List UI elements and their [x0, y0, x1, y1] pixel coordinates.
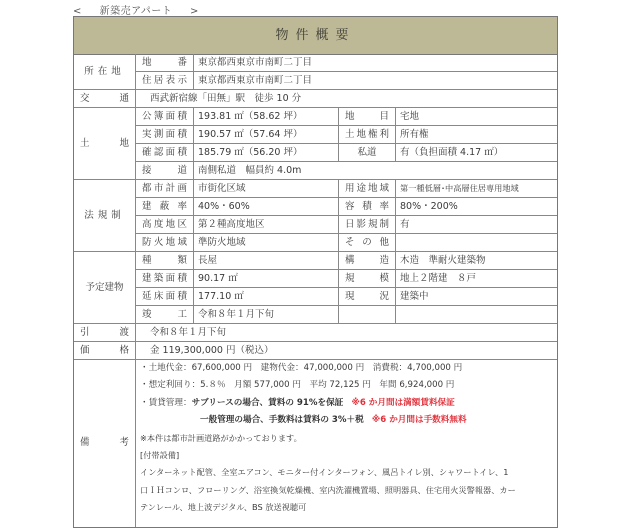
building-type-label: 種類 — [136, 252, 194, 270]
location-lot-label: 地番 — [136, 54, 194, 72]
scale-value: 地上２階建 ８戸 — [396, 270, 557, 288]
private-road-label: 私道 — [339, 144, 396, 162]
building-area-label: 建築面積 — [136, 270, 194, 288]
total-floor-area-value: 177.10 ㎡ — [194, 288, 339, 306]
completion-value: 令和８年１月下旬 — [194, 306, 339, 324]
remarks-management-general: 一般管理の場合、手数料は賃料の 3%＋税 ※6 か月間は手数料無料 — [140, 412, 560, 429]
empty-label-cell — [339, 306, 396, 324]
completion-label: 竣工 — [136, 306, 194, 324]
building-type-value: 長屋 — [194, 252, 339, 270]
scale-label: 規模 — [339, 270, 396, 288]
remarks-management-sublease: ・賃貸管理：サブリースの場合、賃料の 91%を保証 ※6 か月間は満額賃料保証 — [140, 395, 560, 412]
floor-area-ratio-label: 容積率 — [339, 198, 396, 216]
shadow-regulation-value: 有 — [396, 216, 557, 234]
regulations-label: 法規制 — [74, 180, 136, 252]
remarks-content: ・土地代金：67,600,000 円 建物代金：47,000,000 円 消費税… — [136, 360, 560, 517]
land-rights-label: 土地権利 — [339, 126, 396, 144]
land-label: 土地 — [74, 108, 136, 180]
location-address-value: 東京都西東京市南町二丁目 — [194, 72, 557, 90]
city-planning-value: 市街化区域 — [194, 180, 339, 198]
land-surveyed-area-label: 実測面積 — [136, 126, 194, 144]
empty-value-cell — [396, 306, 557, 324]
remarks-yield: ・想定利回り：5.８％ 月額 577,000 円 平均 72,125 円 年間 … — [140, 377, 560, 394]
land-confirmed-area-value: 185.79 ㎡（56.20 坪） — [194, 144, 339, 162]
property-summary-table: 物件概要 所在地 地番 東京都西東京市南町二丁目 住居表示 東京都西東京市南町二… — [73, 16, 558, 528]
equipment-heading: [付帯設備] — [140, 447, 560, 464]
land-surveyed-area-value: 190.57 ㎡（57.64 坪） — [194, 126, 339, 144]
price-label: 価格 — [74, 342, 136, 360]
remarks-road-note: ※本件は都市計画道路がかかっております。 — [140, 430, 560, 447]
height-district-label: 高度地区 — [136, 216, 194, 234]
road-access-label: 接道 — [136, 162, 194, 180]
remarks-label: 備考 — [74, 360, 136, 527]
building-label: 予定建物 — [74, 252, 136, 324]
equipment-line-2: 口ＩＨコンロ、フローリング、浴室換気乾燥機、室内洗濯機置場、照明器具、住宅用火災… — [140, 482, 560, 499]
fire-zone-label: 防火地域 — [136, 234, 194, 252]
equipment-line-3: テンレール、地上波デジタル、BS 放送視聴可 — [140, 499, 560, 516]
coverage-ratio-value: 40%・60% — [194, 198, 339, 216]
zoning-value: 第一種低層･中高層住居専用地域 — [396, 180, 557, 198]
land-confirmed-area-label: 確認面積 — [136, 144, 194, 162]
other-label: その他 — [339, 234, 396, 252]
transport-label: 交通 — [74, 90, 136, 108]
total-floor-area-label: 延床面積 — [136, 288, 194, 306]
structure-label: 構造 — [339, 252, 396, 270]
transport-value: 西武新宿線「田無」駅 徒歩 10 分 — [136, 90, 557, 108]
current-status-label: 現況 — [339, 288, 396, 306]
breadcrumb-nav: < 新築売アパート > — [73, 2, 213, 17]
fire-zone-value: 準防火地域 — [194, 234, 339, 252]
land-registered-area-label: 公簿面積 — [136, 108, 194, 126]
location-label: 所在地 — [74, 54, 136, 90]
shadow-regulation-label: 日影規制 — [339, 216, 396, 234]
other-value — [396, 234, 557, 252]
price-value: 金 119,300,000 円（税込） — [136, 342, 557, 360]
city-planning-label: 都市計画 — [136, 180, 194, 198]
current-status-value: 建築中 — [396, 288, 557, 306]
floor-area-ratio-value: 80%・200% — [396, 198, 557, 216]
general-management-fee: 一般管理の場合、手数料は賃料の 3%＋税 — [200, 415, 364, 425]
building-area-value: 90.17 ㎡ — [194, 270, 339, 288]
general-management-note: ※6 か月間は手数料無料 — [372, 415, 467, 425]
location-lot-value: 東京都西東京市南町二丁目 — [194, 54, 557, 72]
structure-value: 木造 準耐火建築物 — [396, 252, 557, 270]
sublease-guarantee: サブリースの場合、賃料の 91%を保証 — [192, 398, 344, 408]
height-district-value: 第２種高度地区 — [194, 216, 339, 234]
delivery-label: 引渡 — [74, 324, 136, 342]
road-access-value: 南側私道 幅員約 4.0m — [194, 162, 557, 180]
location-address-label: 住居表示 — [136, 72, 194, 90]
coverage-ratio-label: 建蔽率 — [136, 198, 194, 216]
land-category-label: 地目 — [339, 108, 396, 126]
land-category-value: 宅地 — [396, 108, 557, 126]
private-road-value: 有（負担面積 4.17 ㎡） — [396, 144, 557, 162]
delivery-value: 令和８年１月下旬 — [136, 324, 557, 342]
sublease-note: ※6 か月間は満額賃料保証 — [351, 398, 454, 408]
table-title: 物件概要 — [74, 17, 557, 55]
land-registered-area-value: 193.81 ㎡（58.62 坪） — [194, 108, 339, 126]
remarks-price-breakdown: ・土地代金：67,600,000 円 建物代金：47,000,000 円 消費税… — [140, 360, 560, 377]
land-rights-value: 所有権 — [396, 126, 557, 144]
equipment-line-1: インターネット配管、全室エアコン、モニター付インターフォン、風呂トイレ別、シャワ… — [140, 464, 560, 481]
zoning-label: 用途地域 — [339, 180, 396, 198]
